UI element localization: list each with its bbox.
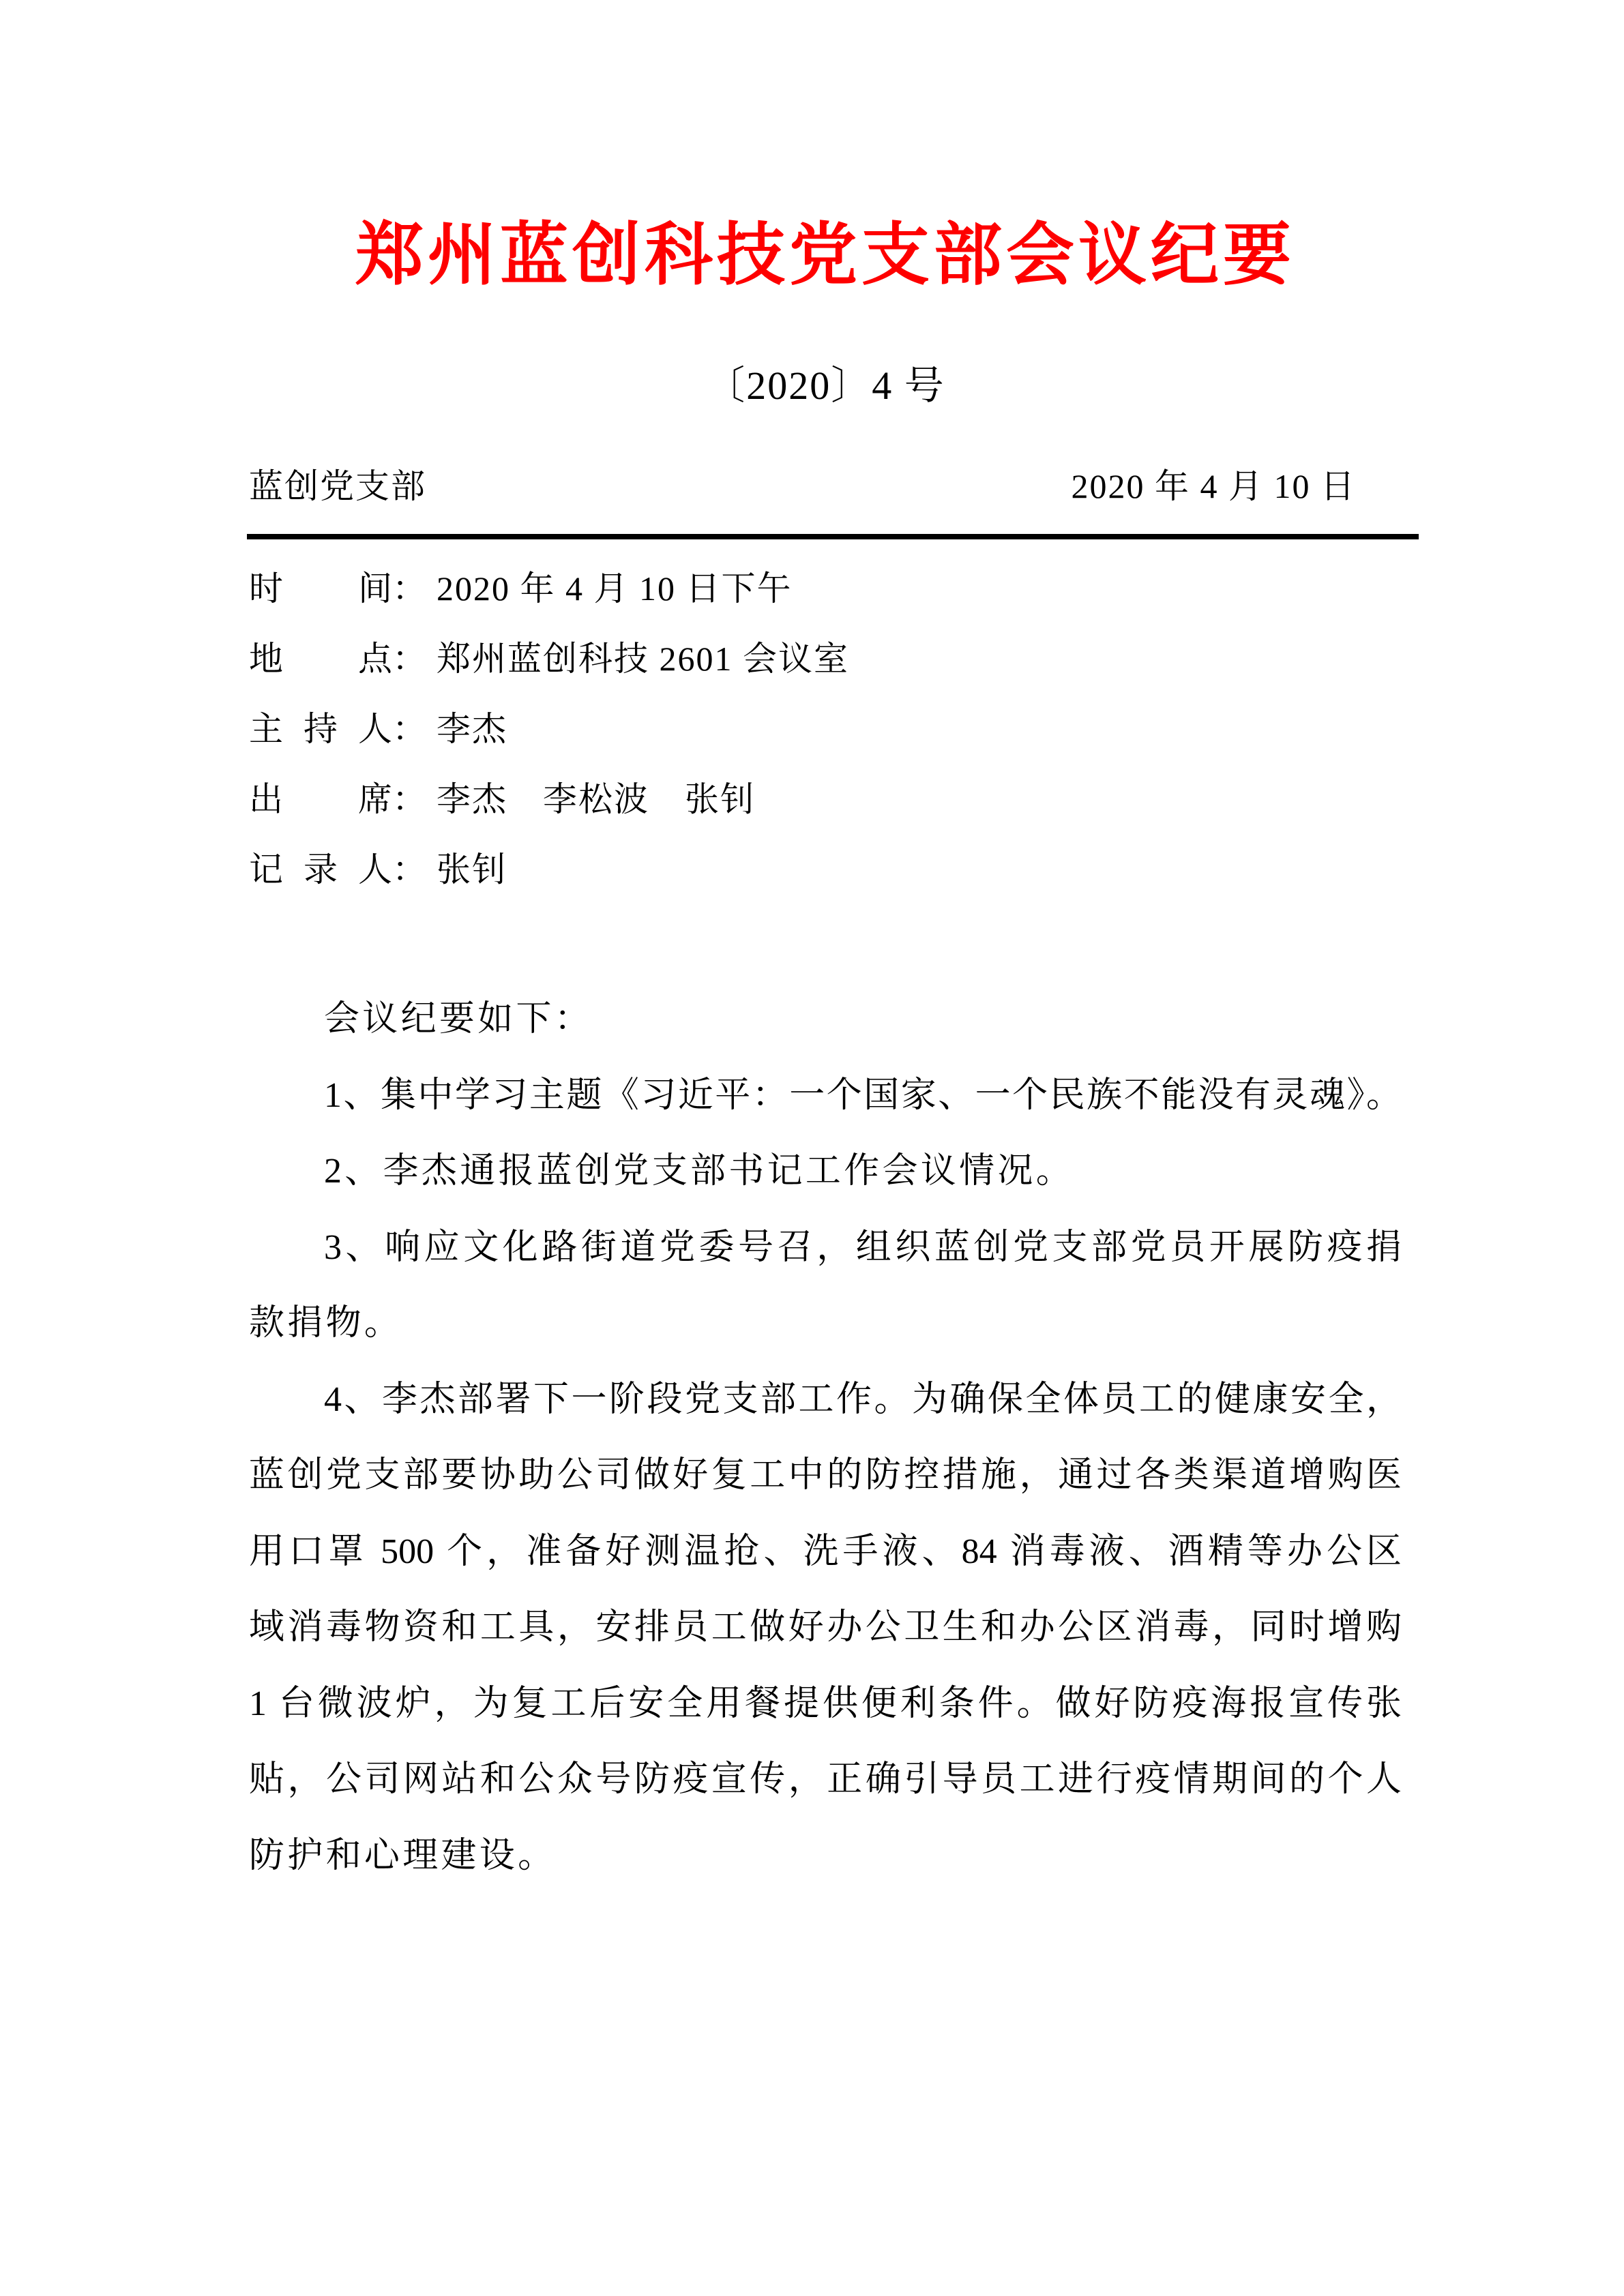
meta-label-char: 人	[358, 694, 392, 764]
document-number: 〔2020〕4 号	[249, 363, 1402, 408]
issuer-name: 蓝创党支部	[249, 465, 426, 507]
meta-colon: ：	[392, 835, 437, 905]
meta-value-place: 郑州蓝创科技 2601 会议室	[437, 640, 849, 678]
meta-row-place: 地点：郑州蓝创科技 2601 会议室	[249, 624, 1402, 694]
meta-row-recorder: 记录人：张钊	[249, 835, 1402, 905]
meta-colon: ：	[392, 624, 437, 694]
body-line: 2、李杰通报蓝创党支部书记工作会议情况。	[249, 1133, 1402, 1210]
meta-value-time: 2020 年 4 月 10 日下午	[437, 569, 793, 608]
meta-colon: ：	[392, 764, 437, 835]
body-line: 蓝创党支部要协助公司做好复工中的防控措施，通过各类渠道增购医	[249, 1437, 1402, 1514]
meta-label-char: 席	[358, 764, 392, 835]
body-text: 会议纪要如下： 1、集中学习主题《习近平：一个国家、一个民族不能没有灵魂》。 2…	[249, 981, 1402, 1894]
meta-label-char: 持	[304, 694, 338, 764]
meta-colon: ：	[392, 694, 437, 764]
body-line: 4、李杰部署下一阶段党支部工作。为确保全体员工的健康安全，	[249, 1362, 1402, 1438]
meta-row-attendees: 出席：李杰 李松波 张钊	[249, 764, 1402, 835]
body-line: 1 台微波炉，为复工后安全用餐提供便利条件。做好防疫海报宣传张	[249, 1666, 1402, 1742]
meta-label-char: 时	[249, 554, 283, 624]
meta-value-recorder: 张钊	[437, 850, 507, 889]
body-line: 1、集中学习主题《习近平：一个国家、一个民族不能没有灵魂》。	[249, 1058, 1402, 1134]
body-line: 3、响应文化路街道党委号召，组织蓝创党支部党员开展防疫捐	[249, 1210, 1402, 1286]
body-line: 域消毒物资和工具，安排员工做好办公卫生和办公区消毒，同时增购	[249, 1590, 1402, 1666]
meta-label-char: 录	[304, 835, 338, 905]
meta-label-char: 主	[249, 694, 283, 764]
meta-label-char: 出	[249, 764, 283, 835]
header-rule	[247, 534, 1419, 539]
meta-label: 时间	[249, 554, 392, 624]
document-page: 郑州蓝创科技党支部会议纪要 〔2020〕4 号 蓝创党支部 2020 年 4 月…	[0, 0, 1624, 2296]
body-line: 会议纪要如下：	[249, 981, 1402, 1058]
body-line: 款捐物。	[249, 1285, 1402, 1362]
meta-label: 出席	[249, 764, 392, 835]
meta-label: 地点	[249, 624, 392, 694]
meta-value-attendees: 李杰 李松波 张钊	[437, 780, 756, 818]
meta-row-host: 主持人：李杰	[249, 694, 1402, 764]
meta-label-char: 地	[249, 624, 283, 694]
issue-date: 2020 年 4 月 10 日	[1072, 465, 1357, 507]
meta-value-host: 李杰	[437, 710, 507, 748]
meta-colon: ：	[392, 554, 437, 624]
meta-row-time: 时间：2020 年 4 月 10 日下午	[249, 554, 1402, 624]
body-line: 防护和心理建设。	[249, 1818, 1402, 1894]
meta-label: 记录人	[249, 835, 392, 905]
meta-label-char: 人	[358, 835, 392, 905]
meta-label: 主持人	[249, 694, 392, 764]
meta-block: 时间：2020 年 4 月 10 日下午 地点：郑州蓝创科技 2601 会议室 …	[249, 554, 1402, 905]
document-title: 郑州蓝创科技党支部会议纪要	[249, 217, 1402, 293]
meta-label-char: 记	[249, 835, 283, 905]
meta-label-char: 间	[358, 554, 392, 624]
body-line: 用口罩 500 个，准备好测温抢、洗手液、84 消毒液、酒精等办公区	[249, 1514, 1402, 1590]
meta-label-char: 点	[358, 624, 392, 694]
body-line: 贴，公司网站和公众号防疫宣传，正确引导员工进行疫情期间的个人	[249, 1742, 1402, 1818]
